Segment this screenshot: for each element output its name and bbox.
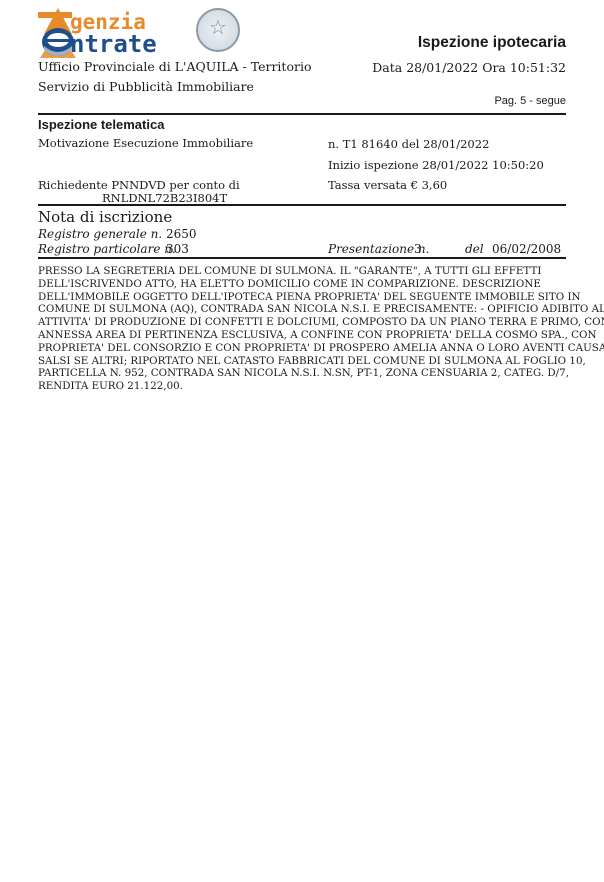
divider — [38, 113, 566, 115]
body-line: PROPRIETA' DEL CONSORZIO E CON PROPRIETA… — [38, 342, 568, 355]
service-name: Servizio di Pubblicità Immobiliare — [38, 79, 254, 94]
office-name: Ufficio Provinciale di L'AQUILA - Territ… — [38, 59, 311, 74]
inspection-start: Inizio ispezione 28/01/2022 10:50:20 — [328, 158, 544, 172]
page-number: Pag. 5 - segue — [494, 95, 566, 107]
presentazione-value: 3 — [414, 242, 422, 256]
agenzia-entrate-logo: genzia ntrate ☆ — [38, 6, 248, 62]
body-line: PRESSO LA SEGRETERIA DEL COMUNE DI SULMO… — [38, 265, 568, 278]
body-line: PARTICELLA N. 952, CONTRADA SAN NICOLA N… — [38, 367, 568, 380]
registro-generale-value: 2650 — [166, 227, 197, 241]
body-line: DELL'ISCRIVENDO ATTO, HA ELETTO DOMICILI… — [38, 278, 568, 291]
body-line: COMUNE DI SULMONA (AQ), CONTRADA SAN NIC… — [38, 303, 568, 316]
inspection-motivation: Motivazione Esecuzione Immobiliare — [38, 136, 253, 150]
body-line: RENDITA EURO 21.122,00. — [38, 380, 568, 393]
divider — [38, 257, 566, 259]
requester-code: RNLDNL72B23I804T — [102, 191, 227, 205]
registro-particolare-value: 303 — [166, 242, 189, 256]
section-title-note: Nota di iscrizione — [38, 208, 172, 226]
inspection-number: n. T1 81640 del 28/01/2022 — [328, 137, 489, 151]
registro-generale-label: Registro generale n. — [38, 227, 162, 241]
section-title-inspection: Ispezione telematica — [38, 117, 164, 132]
italian-republic-emblem-icon: ☆ — [196, 8, 240, 52]
body-line: ATTIVITA' DI PRODUZIONE DI CONFETTI E DO… — [38, 316, 568, 329]
document-datetime: Data 28/01/2022 Ora 10:51:32 — [372, 60, 566, 75]
document-title: Ispezione ipotecaria — [418, 34, 566, 52]
body-line: SALSI SE ALTRI; RIPORTATO NEL CATASTO FA… — [38, 355, 568, 368]
registro-particolare-label: Registro particolare n. — [38, 242, 176, 256]
logo-word-entrate: ntrate — [70, 30, 157, 58]
note-body-text: PRESSO LA SEGRETERIA DEL COMUNE DI SULMO… — [38, 265, 568, 393]
body-line: DELL'IMMOBILE OGGETTO DELL'IPOTECA PIENA… — [38, 291, 568, 304]
del-date-value: 06/02/2008 — [492, 242, 561, 256]
star-icon: ☆ — [198, 18, 238, 38]
body-line: ANNESSA AREA DI PERTINENZA ESCLUSIVA, A … — [38, 329, 568, 342]
del-label: del — [465, 242, 484, 256]
divider — [38, 204, 566, 206]
fee-paid: Tassa versata € 3,60 — [328, 178, 447, 192]
requester-line-1: Richiedente PNNDVD per conto di — [38, 178, 240, 192]
